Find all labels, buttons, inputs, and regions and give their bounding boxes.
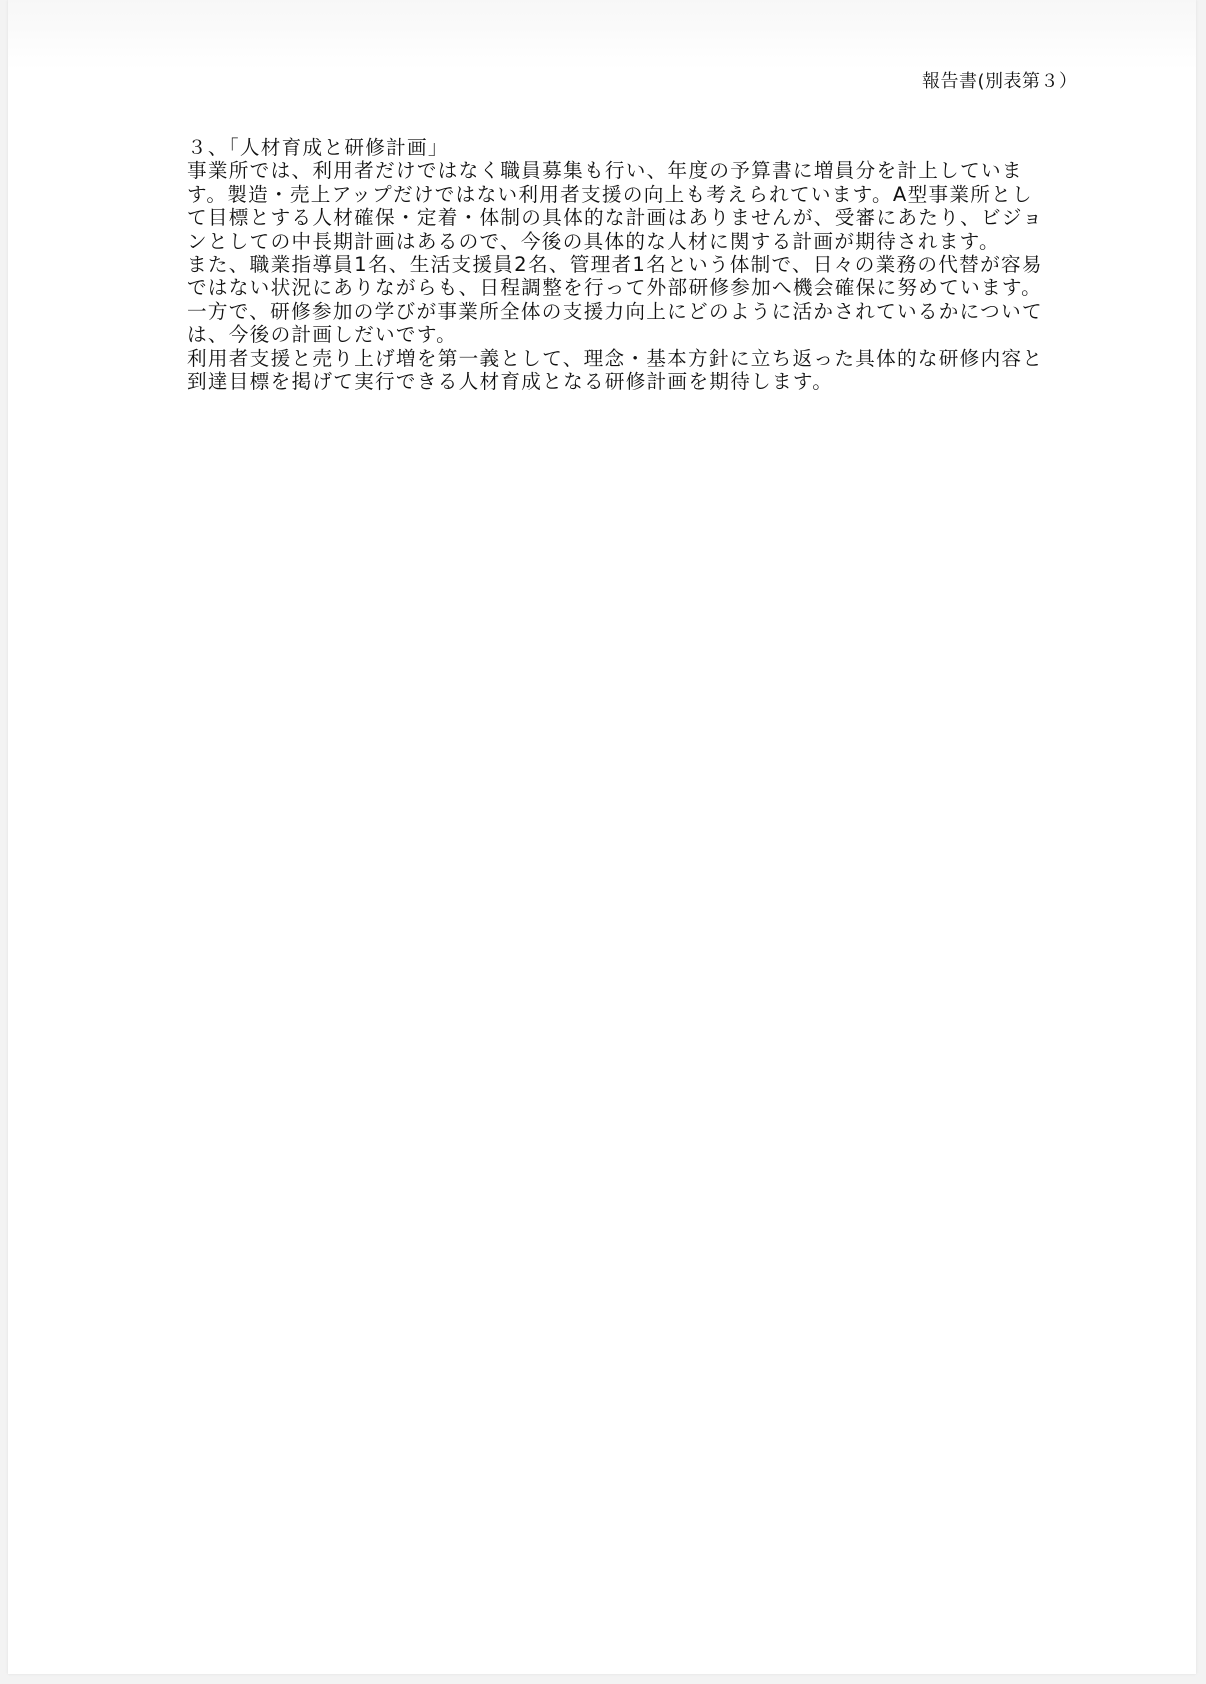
document-page: 報告書(別表第３） ３、「人材育成と研修計画」 事業所では、利用者だけではなく職… <box>8 0 1196 1674</box>
paragraph-line: て目標とする人材確保・定着・体制の具体的な計画はありませんが、受審にあたり、ビジ… <box>187 206 1027 229</box>
paragraph-line: 到達目標を掲げて実行できる人材育成となる研修計画を期待します。 <box>187 370 1027 393</box>
paragraph-line: す。製造・売上アップだけではない利用者支援の向上も考えられています。A型事業所と… <box>187 183 1027 206</box>
paragraph-line: ではない状況にありながらも、日程調整を行って外部研修参加へ機会確保に努めています… <box>187 276 1027 299</box>
paragraph-line: 事業所では、利用者だけではなく職員募集も行い、年度の予算書に増員分を計上していま <box>187 159 1027 182</box>
paragraph-line: ンとしての中長期計画はあるので、今後の具体的な人材に関する計画が期待されます。 <box>187 230 1027 253</box>
section-heading: ３、「人材育成と研修計画」 <box>187 136 1027 159</box>
paragraph-line: また、職業指導員1名、生活支援員2名、管理者1名という体制で、日々の業務の代替が… <box>187 253 1027 276</box>
paragraph-line: 一方で、研修参加の学びが事業所全体の支援力向上にどのように活かされているかについ… <box>187 300 1027 323</box>
document-reference-label: 報告書(別表第３） <box>922 67 1078 93</box>
paragraph-line: 利用者支援と売り上げ増を第一義として、理念・基本方針に立ち返った具体的な研修内容… <box>187 347 1027 370</box>
paragraph-line: は、今後の計画しだいです。 <box>187 323 1027 346</box>
page-top-shade <box>8 0 1196 70</box>
section-body: ３、「人材育成と研修計画」 事業所では、利用者だけではなく職員募集も行い、年度の… <box>187 136 1027 393</box>
